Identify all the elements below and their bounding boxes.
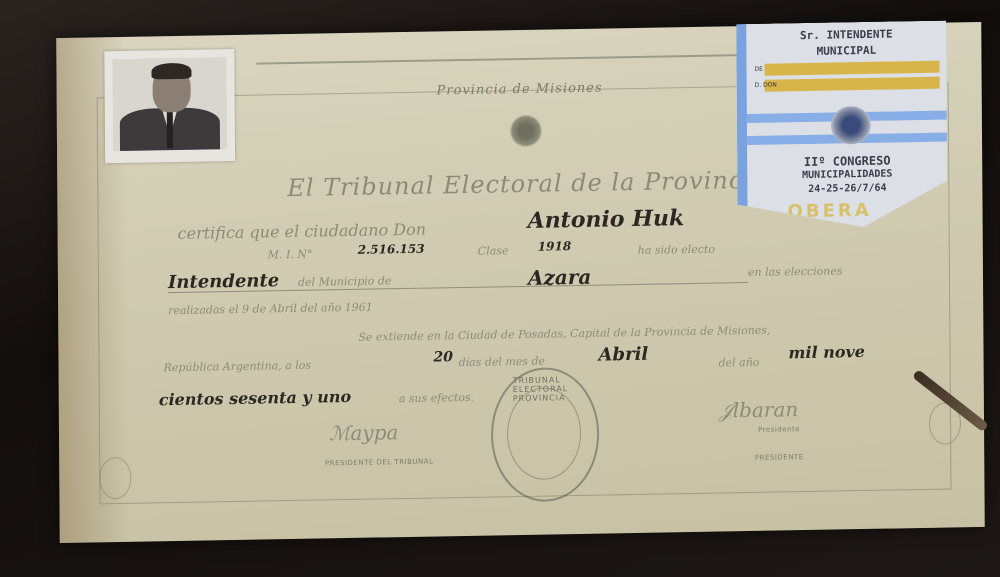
certificate-paper: Provincia de Misiones El Tribunal Electo… (56, 22, 985, 543)
efectos-line: a sus efectos. (399, 391, 474, 405)
pennant-fechas: 24-25-26/7/64 (747, 182, 947, 196)
pennant-line2: MUNICIPAL (746, 43, 946, 59)
mi-number: 2.516.153 (358, 242, 425, 257)
portrait-photo (104, 49, 235, 163)
elecciones-label: en las elecciones (748, 264, 843, 279)
clase-label: Clase (478, 244, 509, 258)
pennant-don-label: D. DON (755, 82, 777, 89)
citizen-name: Antonio Huk (527, 205, 684, 234)
commemorative-pennant: Sr. INTENDENTE MUNICIPAL DE D. DON IIº C… (736, 21, 947, 230)
municipio-label: del Municipio de (298, 274, 392, 289)
dias-suffix: días del mes de (459, 355, 546, 370)
seal-text: TRIBUNAL ELECTORAL PROVINCIA (513, 375, 597, 403)
anio-words-1: mil nove (788, 342, 865, 362)
signature-right: 𝒥lbaran (719, 397, 798, 422)
pennant-municipalidades: MUNICIPALIDADES (747, 168, 947, 182)
coat-of-arms-icon (509, 115, 543, 148)
pennant-line1: Sr. INTENDENTE (746, 27, 946, 43)
anio-label: del año (719, 356, 760, 370)
elected-label: ha sido electo (638, 243, 715, 257)
republica-line: República Argentina, a los (164, 359, 312, 375)
pennant-de-label: DE (755, 66, 763, 73)
mes-value: Abril (598, 344, 648, 366)
anio-words-2: cientos sesenta y uno (159, 387, 352, 409)
certificate-header: Provincia de Misiones (437, 81, 603, 99)
signature-left: ℳaypa (329, 420, 399, 445)
mi-label: M. I. N° (268, 248, 313, 262)
dias-value: 20 (433, 349, 453, 365)
clase-value: 1918 (538, 239, 572, 254)
